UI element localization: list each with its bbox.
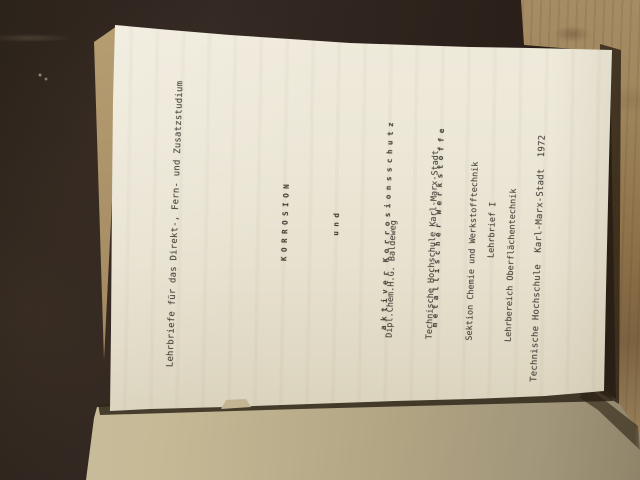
page-header-line: Lehrbriefe für das Direkt-, Fern- und Zu… (166, 81, 186, 368)
author-line-3: Sektion Chemie und Werkstofftechnik (463, 151, 483, 341)
author-line-4: Lehrbereich Oberflächentechnik (503, 153, 523, 343)
title-line-1: K O R R O S I O N (270, 40, 300, 405)
photo-scene: Lehrbriefe für das Direkt-, Fern- und Zu… (0, 0, 640, 480)
author-line-2: Technische Hochschule Karl-Marx-Stadt (424, 150, 444, 340)
title-line-2: u n d (321, 42, 351, 407)
author-line-1: Dipl.Chem.H.G. Baldeweg (384, 148, 404, 338)
title-page-content: Lehrbriefe für das Direkt-, Fern- und Zu… (106, 24, 624, 426)
author-block: Dipl.Chem.H.G. Baldeweg Technische Hochs… (358, 147, 549, 343)
